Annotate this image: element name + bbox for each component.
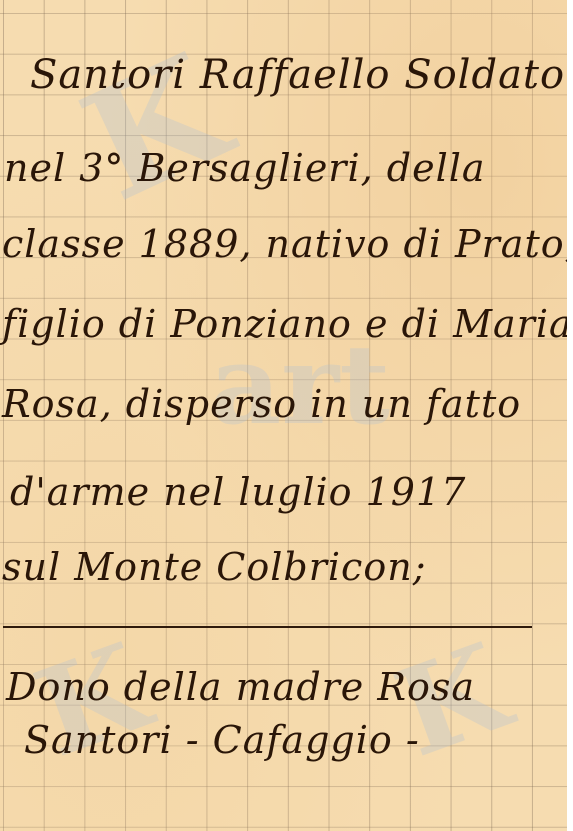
handwritten-line-class: classe 1889, nativo di Prato, <box>2 222 567 266</box>
ink-divider-line <box>3 626 532 628</box>
handwritten-line-name: Santori Raffaello Soldato <box>30 52 565 98</box>
handwritten-footer-donor: Santori - Cafaggio - <box>24 718 420 762</box>
handwritten-line-date: d'arme nel luglio 1917 <box>10 470 466 514</box>
handwritten-line-parents: figlio di Ponziano e di Maria <box>2 302 567 346</box>
handwritten-line-regiment: nel 3° Bersaglieri, della <box>4 146 486 190</box>
handwritten-line-missing: Rosa, disperso in un fatto <box>2 382 521 426</box>
document-page: K art K K Santori Raffaello Soldato nel … <box>0 0 567 831</box>
scan-edge <box>567 0 573 831</box>
handwritten-footer-donation: Dono della madre Rosa <box>6 665 475 709</box>
handwritten-line-place: sul Monte Colbricon; <box>2 545 427 589</box>
